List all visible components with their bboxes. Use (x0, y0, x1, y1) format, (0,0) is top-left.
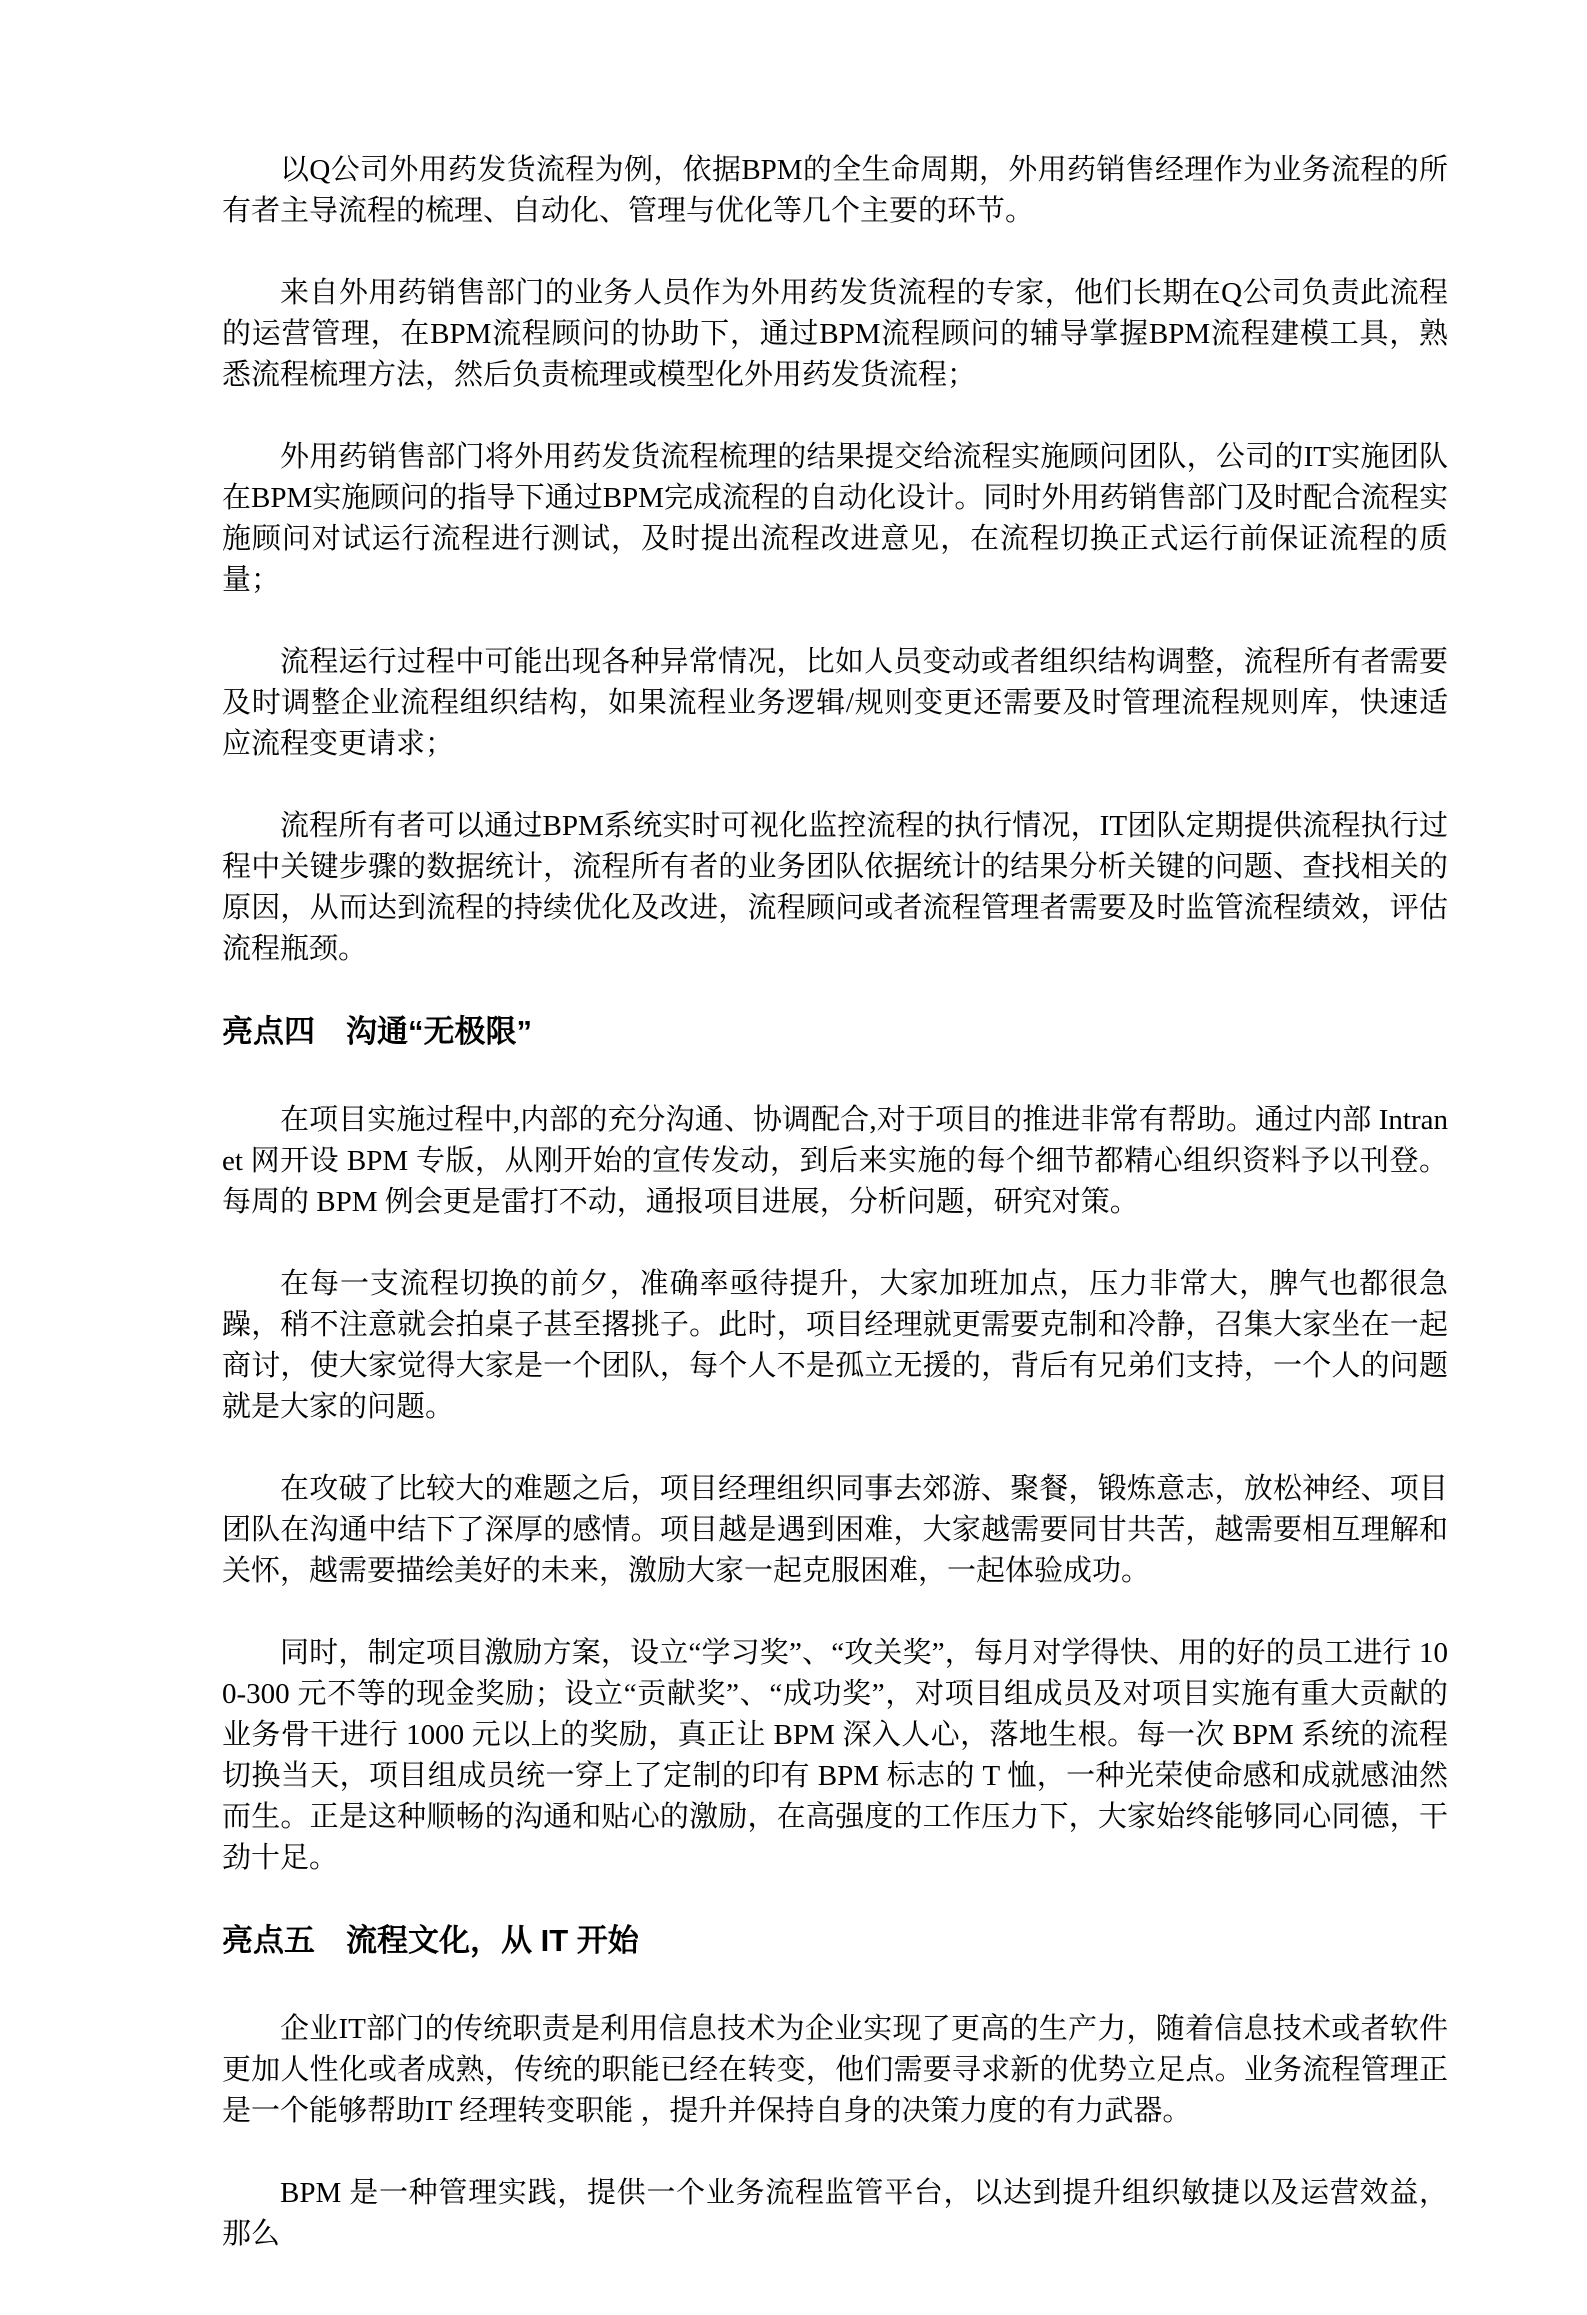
paragraph-exception-handling: 流程运行过程中可能出现各种异常情况，比如人员变动或者组织结构调整，流程所有者需要… (222, 642, 1448, 765)
section-heading-highlight-5: 亮点五 流程文化，从 IT 开始 (222, 1920, 1448, 1961)
paragraph-it-department-role: 企业IT部门的传统职责是利用信息技术为企业实现了更高的生产力，随着信息技术或者软… (222, 2009, 1448, 2132)
paragraph-team-bonding: 在攻破了比较大的难题之后，项目经理组织同事去郊游、聚餐，锻炼意志，放松神经、项目… (222, 1469, 1448, 1592)
paragraph-bpm-lifecycle: 以Q公司外用药发货流程为例，依据BPM的全生命周期，外用药销售经理作为业务流程的… (222, 150, 1448, 232)
paragraph-monitoring-optimization: 流程所有者可以通过BPM系统实时可视化监控流程的执行情况，IT团队定期提供流程执… (222, 806, 1448, 970)
document-page: 以Q公司外用药发货流程为例，依据BPM的全生命周期，外用药销售经理作为业务流程的… (0, 0, 1587, 2315)
paragraph-intranet-communication: 在项目实施过程中,内部的充分沟通、协调配合,对于项目的推进非常有帮助。通过内部 … (222, 1100, 1448, 1223)
section-heading-highlight-4: 亮点四 沟通“无极限” (222, 1011, 1448, 1052)
paragraph-switchover-pressure: 在每一支流程切换的前夕，准确率亟待提升，大家加班加点，压力非常大，脾气也都很急躁… (222, 1264, 1448, 1428)
paragraph-incentive-scheme: 同时，制定项目激励方案，设立“学习奖”、“攻关奖”，每月对学得快、用的好的员工进… (222, 1633, 1448, 1879)
paragraph-it-implementation: 外用药销售部门将外用药发货流程梳理的结果提交给流程实施顾问团队，公司的IT实施团… (222, 437, 1448, 601)
paragraph-sales-experts: 来自外用药销售部门的业务人员作为外用药发货流程的专家，他们长期在Q公司负责此流程… (222, 273, 1448, 396)
paragraph-bpm-management-practice: BPM 是一种管理实践，提供一个业务流程监管平台，以达到提升组织敏捷以及运营效益… (222, 2173, 1448, 2255)
